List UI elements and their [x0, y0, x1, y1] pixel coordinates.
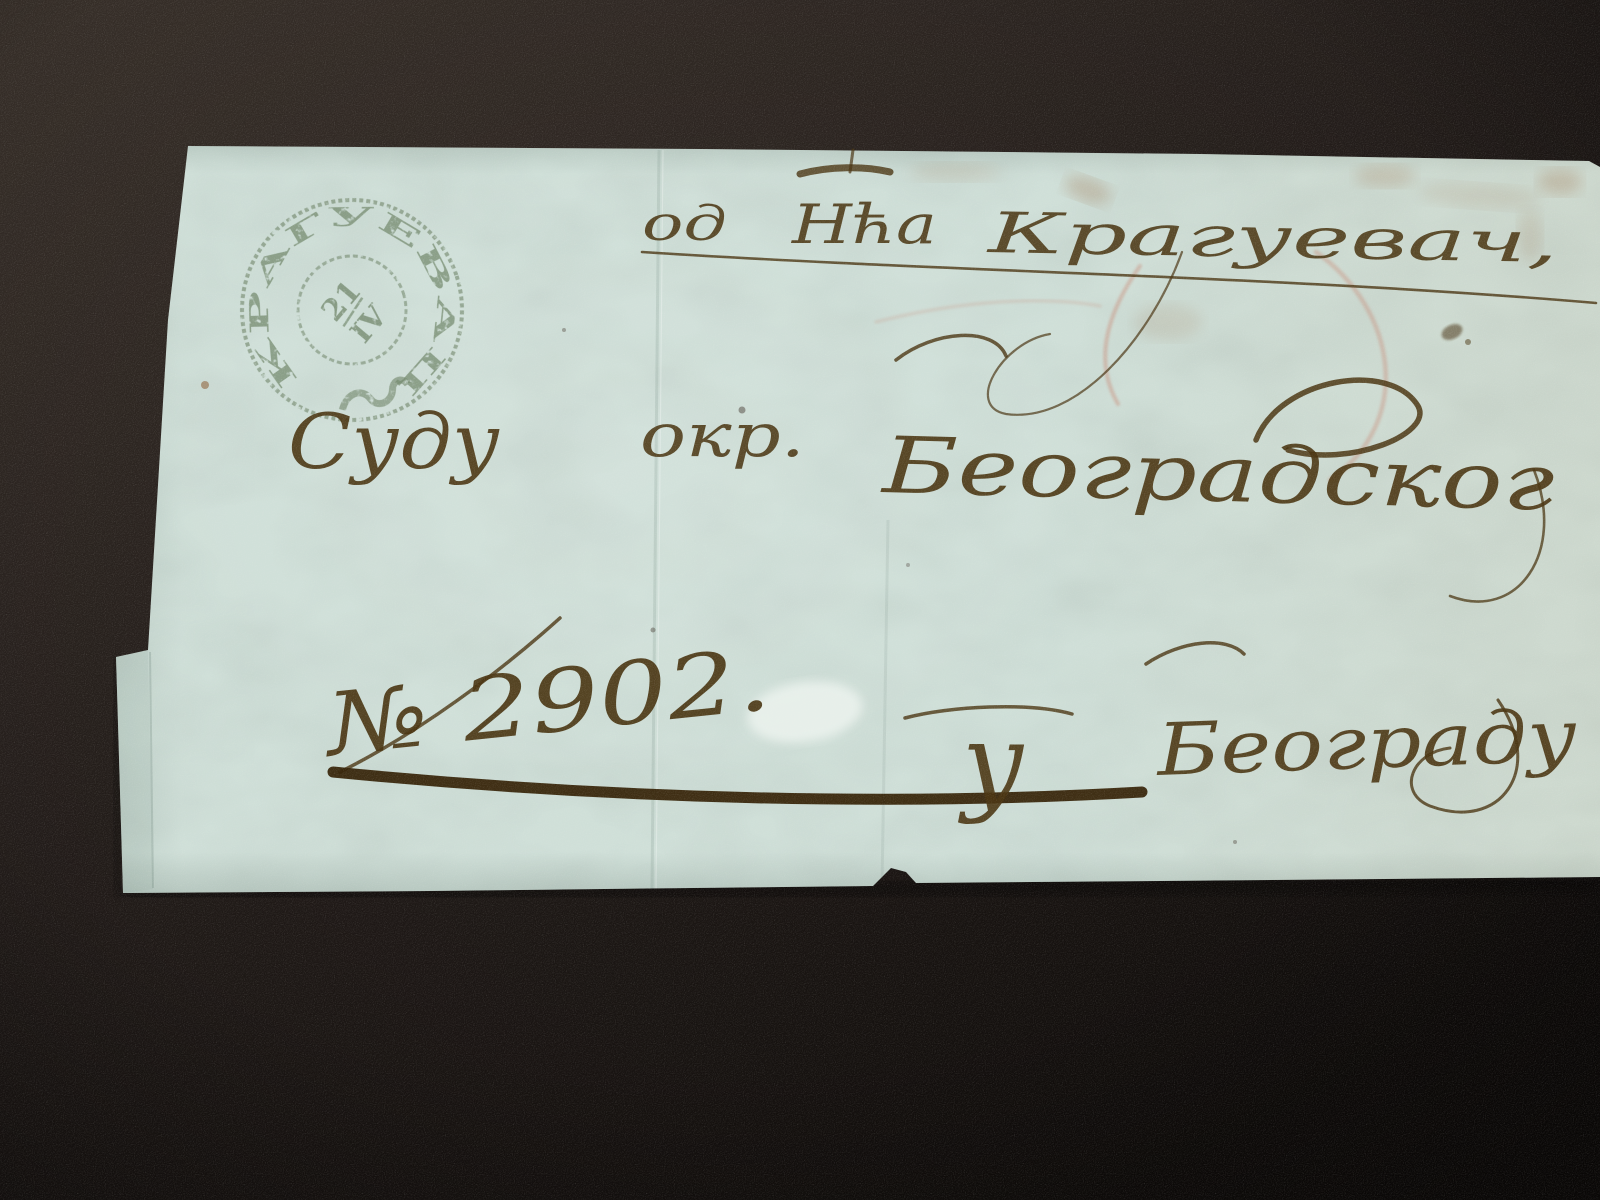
letter-photo-canvas: КРАГУЕВАЦ 21 IV од Нћа Крагуевач, Суду о… — [0, 0, 1600, 1200]
photo-of-folded-letter: КРАГУЕВАЦ 21 IV од Нћа Крагуевач, Суду о… — [0, 0, 1600, 1200]
photo-grain — [0, 0, 1600, 1200]
